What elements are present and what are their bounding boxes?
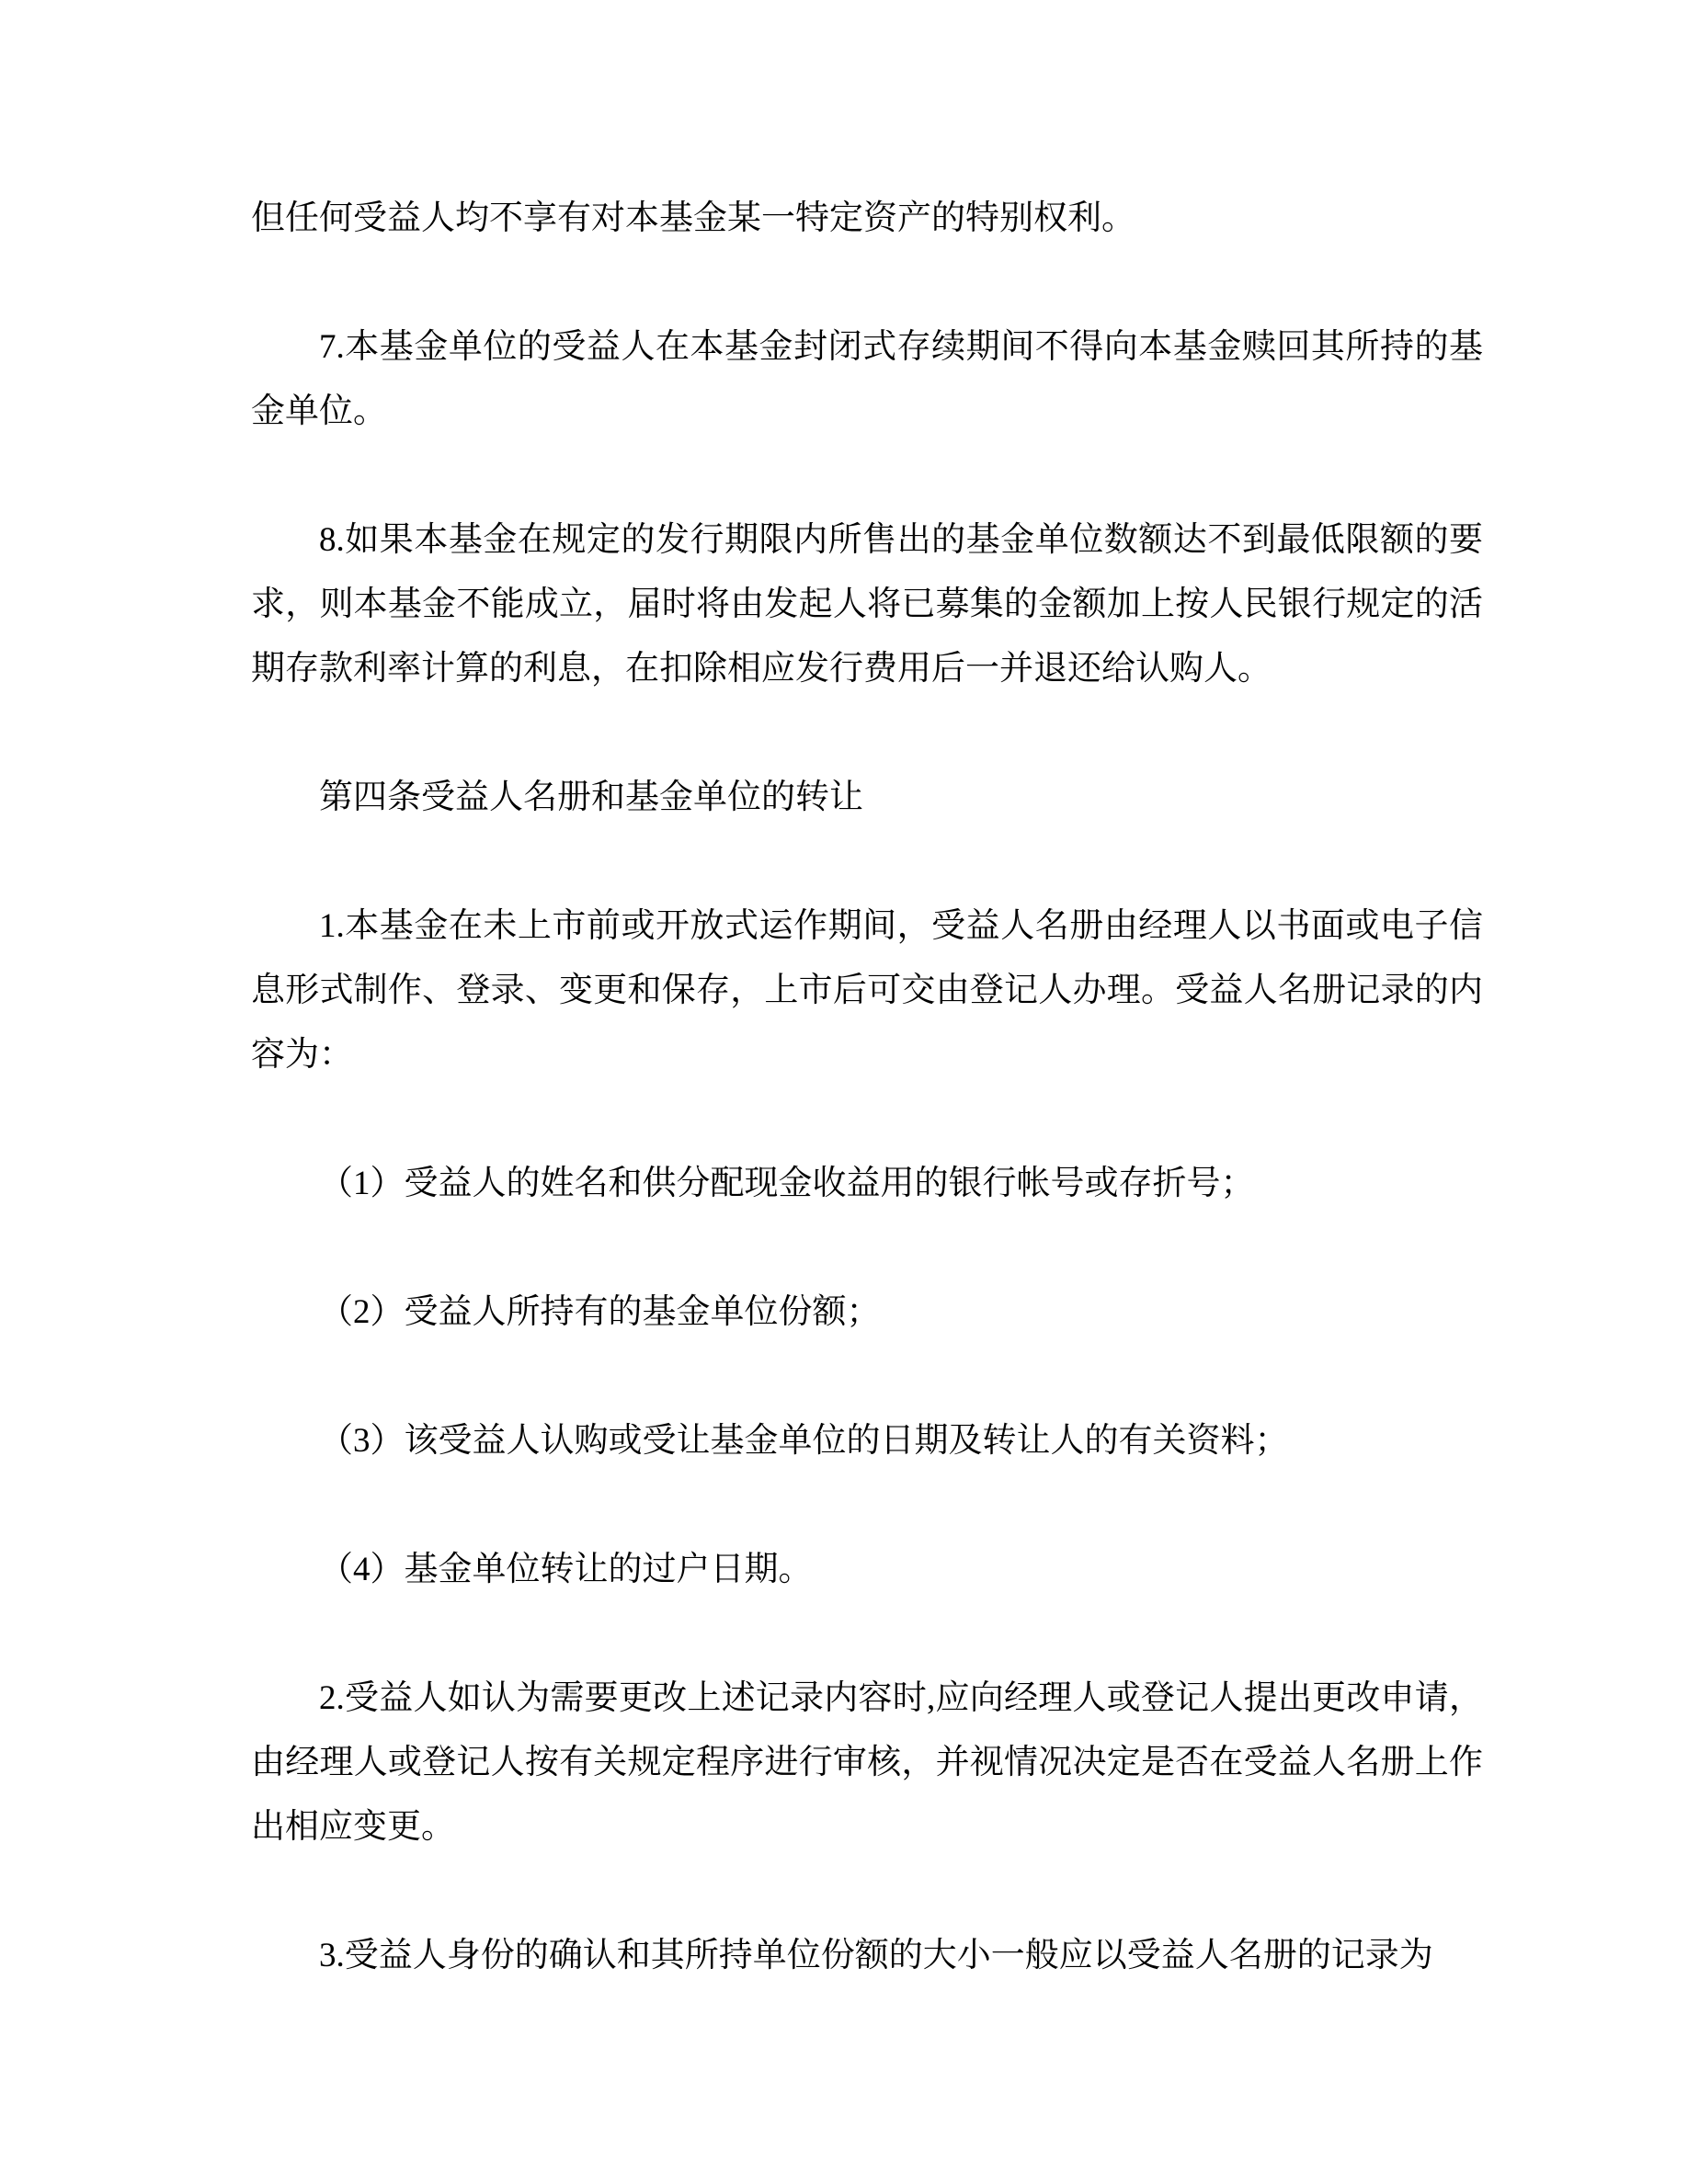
document-body: 但任何受益人均不享有对本基金某一特定资产的特别权利。 7.本基金单位的受益人在本… (251, 187, 1483, 2053)
document-page: 但任何受益人均不享有对本基金某一特定资产的特别权利。 7.本基金单位的受益人在本… (0, 0, 1688, 2184)
paragraph-clause-3: 3.受益人身份的确认和其所持单位份额的大小一般应以受益人名册的记录为 (251, 1924, 1483, 1988)
paragraph-clause-1: 1.本基金在未上市前或开放式运作期间，受益人名册由经理人以书面或电子信息形式制作… (251, 894, 1483, 1087)
paragraph-continuation: 但任何受益人均不享有对本基金某一特定资产的特别权利。 (251, 187, 1483, 251)
list-item-4: （4）基金单位转让的过户日期。 (251, 1538, 1483, 1602)
paragraph-clause-2: 2.受益人如认为需要更改上述记录内容时,应向经理人或登记人提出更改申请，由经理人… (251, 1666, 1483, 1860)
list-item-2: （2）受益人所持有的基金单位份额； (251, 1280, 1483, 1345)
paragraph-clause-8: 8.如果本基金在规定的发行期限内所售出的基金单位数额达不到最低限额的要求，则本基… (251, 508, 1483, 701)
paragraph-clause-7: 7.本基金单位的受益人在本基金封闭式存续期间不得向本基金赎回其所持的基金单位。 (251, 315, 1483, 444)
article-4-heading: 第四条受益人名册和基金单位的转让 (251, 766, 1483, 830)
list-item-1: （1）受益人的姓名和供分配现金收益用的银行帐号或存折号； (251, 1152, 1483, 1216)
list-item-3: （3）该受益人认购或受让基金单位的日期及转让人的有关资料； (251, 1409, 1483, 1473)
